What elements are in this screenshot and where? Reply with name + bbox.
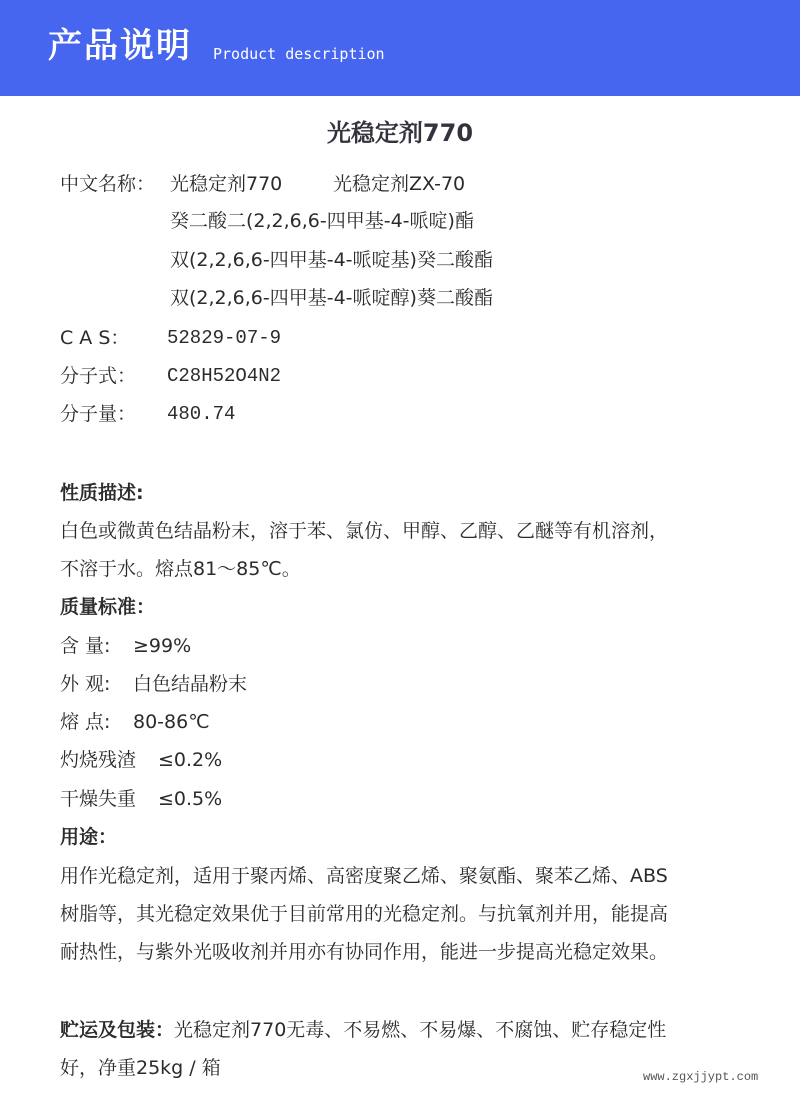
name-line: 双(2,2,6,6-四甲基-4-哌啶基)癸二酸酯 xyxy=(170,247,493,273)
quality-label: 干燥失重 xyxy=(60,786,136,812)
banner-title: 产品说明 xyxy=(48,26,192,66)
properties-line: 白色或微黄色结晶粉末，溶于苯、氯仿、甲醇、乙醇、乙醚等有机溶剂， xyxy=(60,518,668,544)
quality-value: 白色结晶粉末 xyxy=(133,671,247,697)
packaging-text: 光稳定剂770无毒、不易燃、不易爆、不腐蚀、贮存稳定性 xyxy=(174,1019,666,1041)
quality-label: 含 量: xyxy=(60,633,110,659)
packaging-heading: 贮运及包装： xyxy=(60,1019,174,1041)
banner-subtitle: Product description xyxy=(213,44,385,64)
product-title: 光稳定剂770 xyxy=(0,116,800,150)
header-banner: 产品说明 Product description xyxy=(0,0,800,96)
name-line: 双(2,2,6,6-四甲基-4-哌啶醇)葵二酸酯 xyxy=(170,285,493,311)
quality-label: 灼烧残渣 xyxy=(60,747,136,773)
name-alias: 光稳定剂ZX-70 xyxy=(333,171,465,197)
packaging-line-2: 好，净重25kg / 箱 xyxy=(60,1055,221,1081)
formula-value: C28H52O4N2 xyxy=(167,363,281,389)
usage-line: 用作光稳定剂，适用于聚丙烯、高密度聚乙烯、聚氨酯、聚苯乙烯、ABS xyxy=(60,863,668,889)
formula-label: 分子式： xyxy=(60,363,136,389)
quality-value: 80-86℃ xyxy=(133,709,210,735)
name-primary: 光稳定剂770 xyxy=(170,171,282,197)
mass-label: 分子量： xyxy=(60,401,136,427)
quality-value: ≤0.2% xyxy=(158,747,222,773)
packaging-line: 贮运及包装：光稳定剂770无毒、不易燃、不易爆、不腐蚀、贮存稳定性 xyxy=(60,1017,666,1043)
properties-heading: 性质描述: xyxy=(60,480,144,506)
usage-line: 耐热性，与紫外光吸收剂并用亦有协同作用，能进一步提高光稳定效果。 xyxy=(60,939,668,965)
quality-heading: 质量标准： xyxy=(60,594,155,620)
names-label: 中文名称： xyxy=(60,171,155,197)
usage-heading: 用途： xyxy=(60,824,117,850)
quality-value: ≤0.5% xyxy=(158,786,222,812)
cas-value: 52829-07-9 xyxy=(167,325,281,351)
usage-line: 树脂等，其光稳定效果优于目前常用的光稳定剂。与抗氧剂并用，能提高 xyxy=(60,901,668,927)
cas-label: C A S： xyxy=(60,325,129,351)
quality-label: 外 观: xyxy=(60,671,110,697)
quality-label: 熔 点: xyxy=(60,709,110,735)
properties-line: 不溶于水。熔点81～85℃。 xyxy=(60,556,301,582)
name-line: 癸二酸二(2,2,6,6-四甲基-4-哌啶)酯 xyxy=(170,208,474,234)
quality-value: ≥99% xyxy=(133,633,191,659)
watermark: www.zgxjjypt.com xyxy=(643,1070,758,1084)
mass-value: 480.74 xyxy=(167,401,235,427)
